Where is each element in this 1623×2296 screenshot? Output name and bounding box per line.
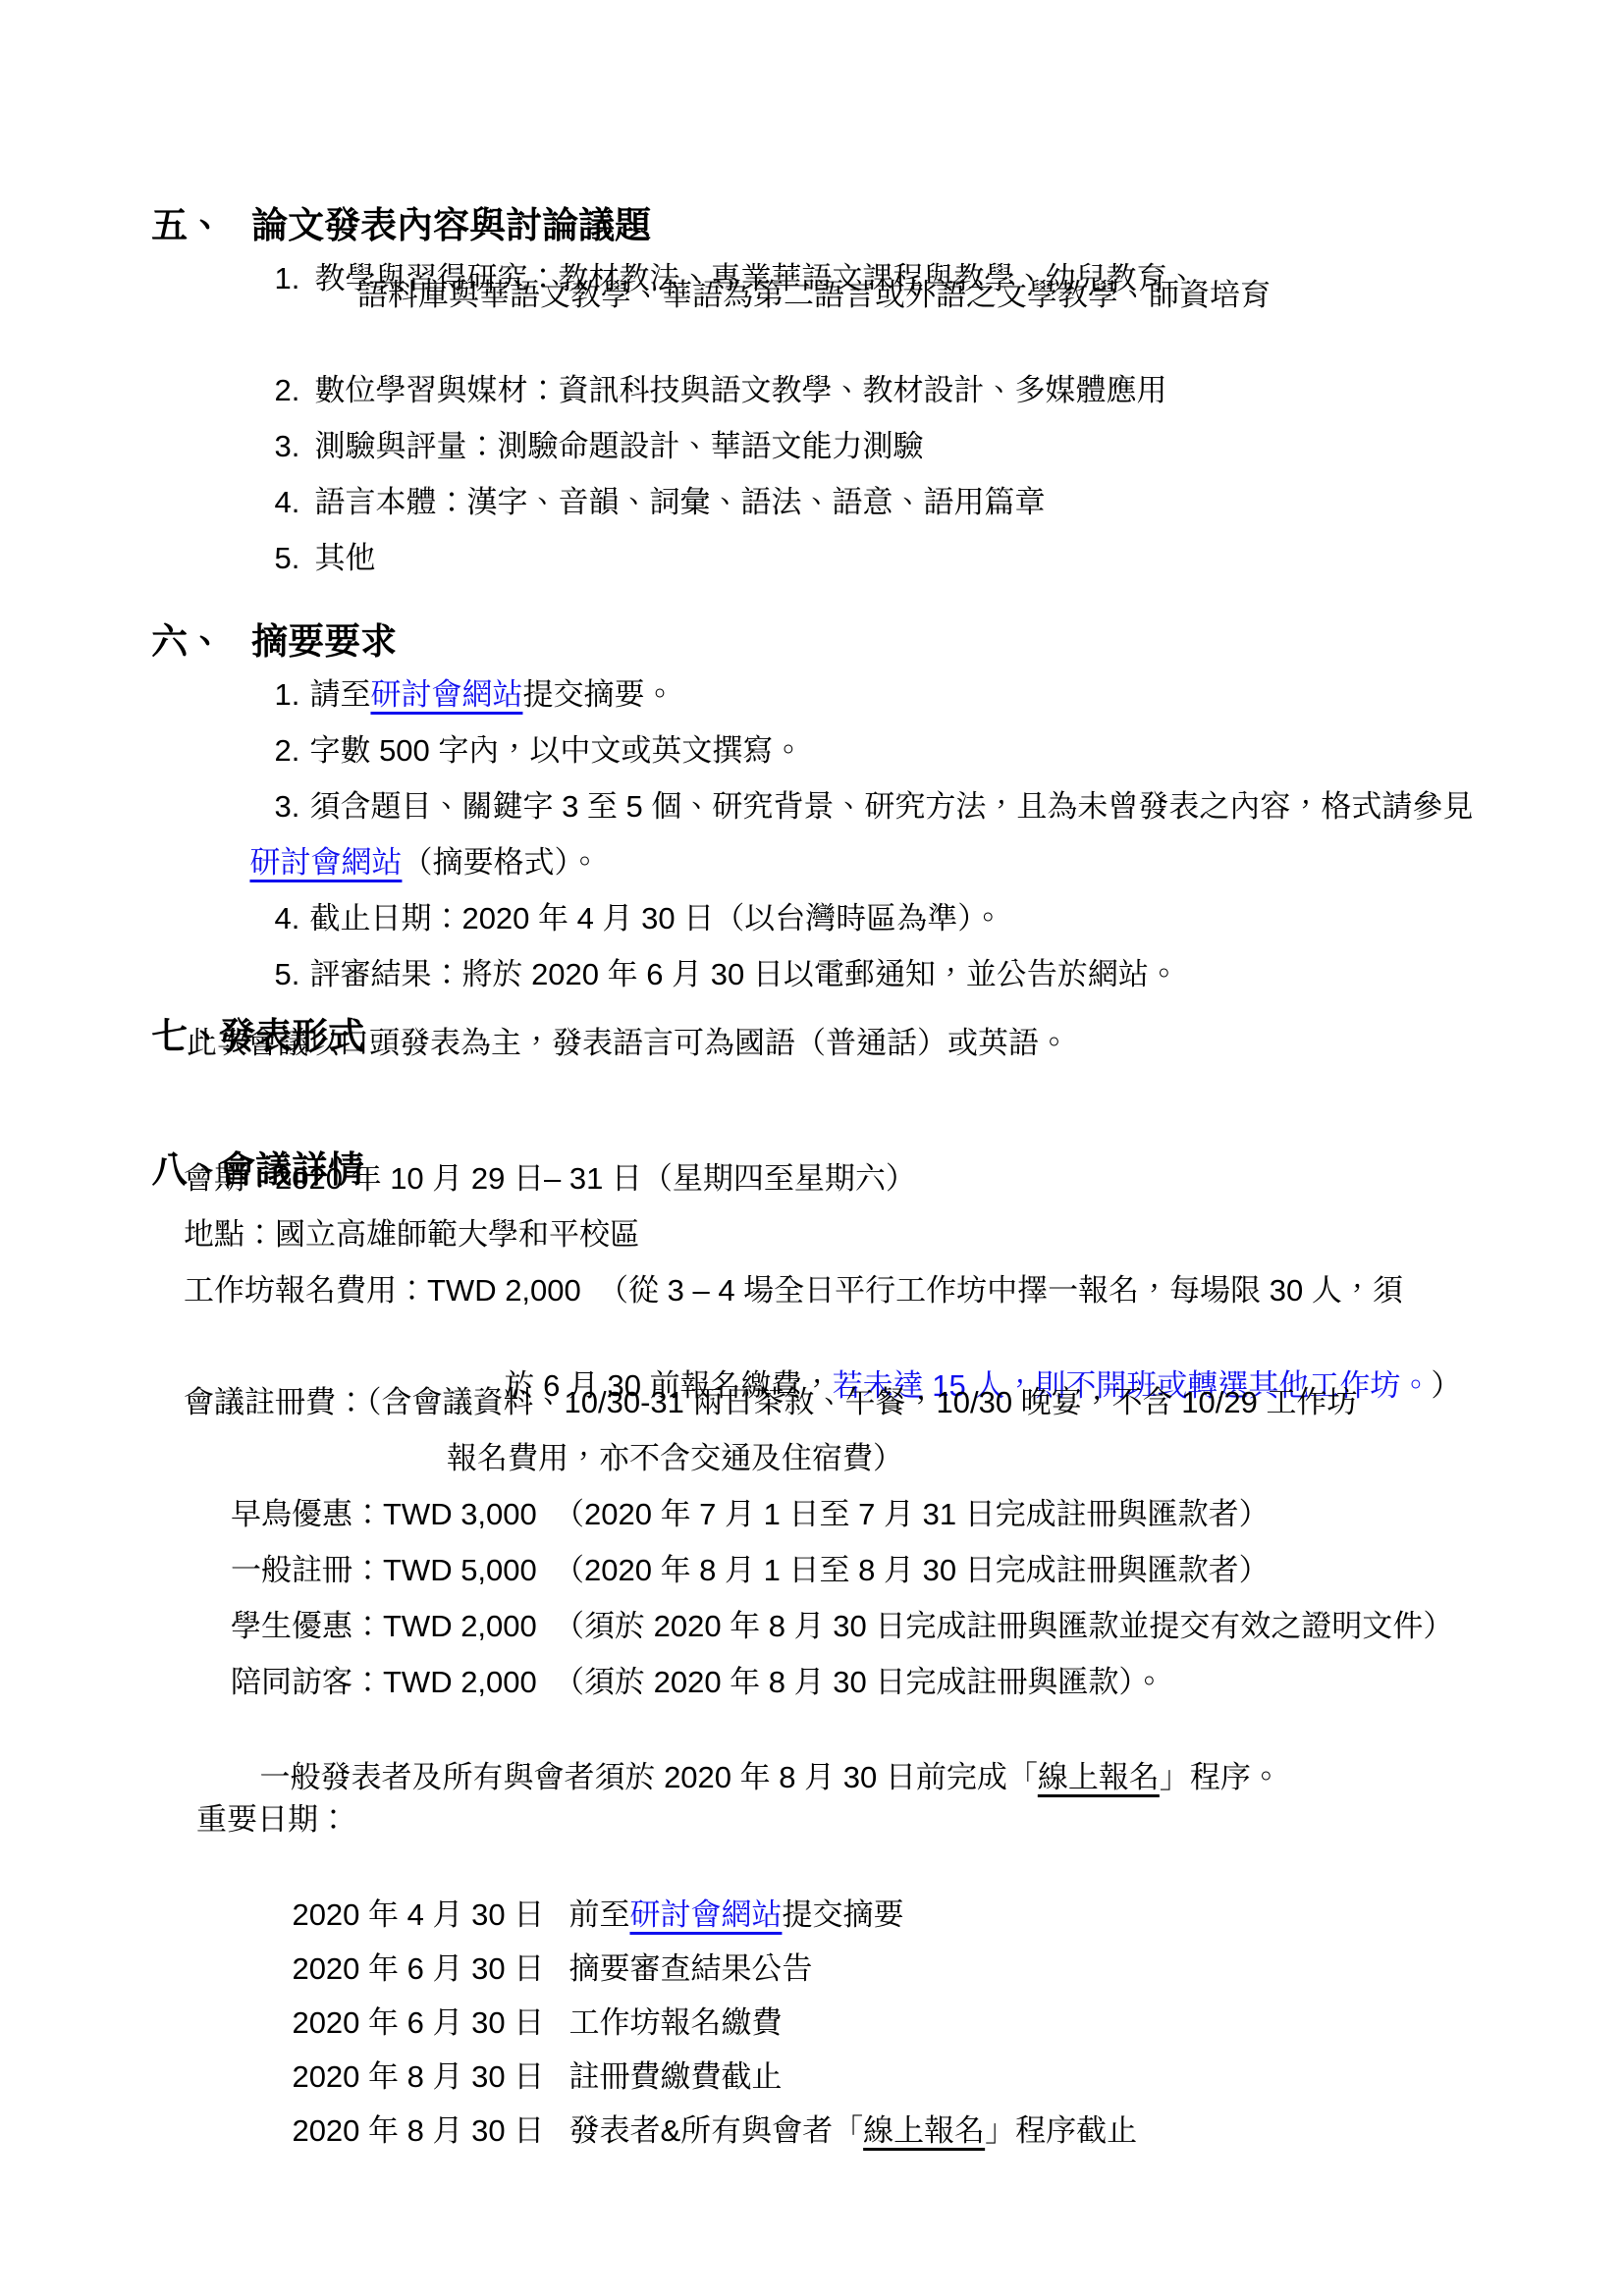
item-text: 其他 <box>314 541 375 575</box>
online-registration-underlined: 線上報名 <box>1038 1760 1160 1794</box>
document-page: 五、論文發表內容與討論議題 1.教學與習得研究：教材教法、專業華語文課程與教學、… <box>0 0 1623 2296</box>
online-registration-underlined: 線上報名 <box>863 2113 985 2148</box>
fee-accompanying: 陪同訪客：TWD 2,000 （須於 2020 年 8 月 30 日完成註冊與匯… <box>231 1663 1164 1702</box>
workshop-fee-close: ） <box>1431 1368 1461 1403</box>
section-7-body: 此次會議以口頭發表為主，發表語言可為國語（普通話）或英語。 <box>187 1024 1069 1063</box>
item-number: 1. <box>274 259 314 298</box>
fee-regular: 一般註冊：TWD 5,000 （2020 年 8 月 1 日至 8 月 30 日… <box>231 1551 1270 1590</box>
registration-fee-line2: 報名費用，亦不含交通及住宿費） <box>447 1439 903 1478</box>
workshop-fee-line1: 工作坊報名費用：TWD 2,000 （從 3 – 4 場全日平行工作坊中擇一報名… <box>184 1271 1403 1310</box>
deadline-text: 一般發表者及所有與會者須於 2020 年 8 月 30 日前完成「 <box>259 1760 1037 1794</box>
date-desc-end: 」程序截止 <box>985 2113 1137 2148</box>
date-value: 2020 年 8 月 30 日 <box>292 2111 568 2151</box>
important-date-row: 2020 年 8 月 30 日發表者&所有與會者「線上報名」程序截止 <box>258 2072 1137 2190</box>
session-dates: 會期：2020 年 10 月 29 日– 31 日（星期四至星期六） <box>184 1159 916 1199</box>
fee-early-bird: 早鳥優惠：TWD 3,000 （2020 年 7 月 1 日至 7 月 31 日… <box>231 1495 1270 1534</box>
list-item: 5.評審結果：將於 2020 年 6 月 30 日以電郵通知，並公告於網站。 <box>241 916 1179 1034</box>
date-desc: 發表者&所有與會者「 <box>568 2113 863 2148</box>
registration-deadline: 一般發表者及所有與會者須於 2020 年 8 月 30 日前完成「線上報名」程序… <box>226 1719 1281 1837</box>
item-text: 語言本體：漢字、音韻、詞彙、語法、語意、語用篇章 <box>314 485 1045 519</box>
deadline-text-end: 」程序。 <box>1160 1760 1281 1794</box>
section-6-number: 六、 <box>151 618 251 666</box>
item-continuation: 語料庫與華語文教學、華語為第二語言或外語之文學教學、師資培育 <box>357 276 1271 315</box>
section-5-number: 五、 <box>151 202 251 249</box>
venue: 地點：國立高雄師範大學和平校區 <box>184 1215 640 1255</box>
important-dates-title: 重要日期： <box>196 1800 349 1840</box>
item-text: 評審結果：將於 2020 年 6 月 30 日以電郵通知，並公告於網站。 <box>309 957 1178 991</box>
registration-fee-line1: 會議註冊費：（含會議資料、10/30-31 兩日茶敘、午餐，10/30 晚宴，不… <box>184 1383 1357 1422</box>
fee-student: 學生優惠：TWD 2,000 （須於 2020 年 8 月 30 日完成註冊與匯… <box>231 1607 1453 1646</box>
